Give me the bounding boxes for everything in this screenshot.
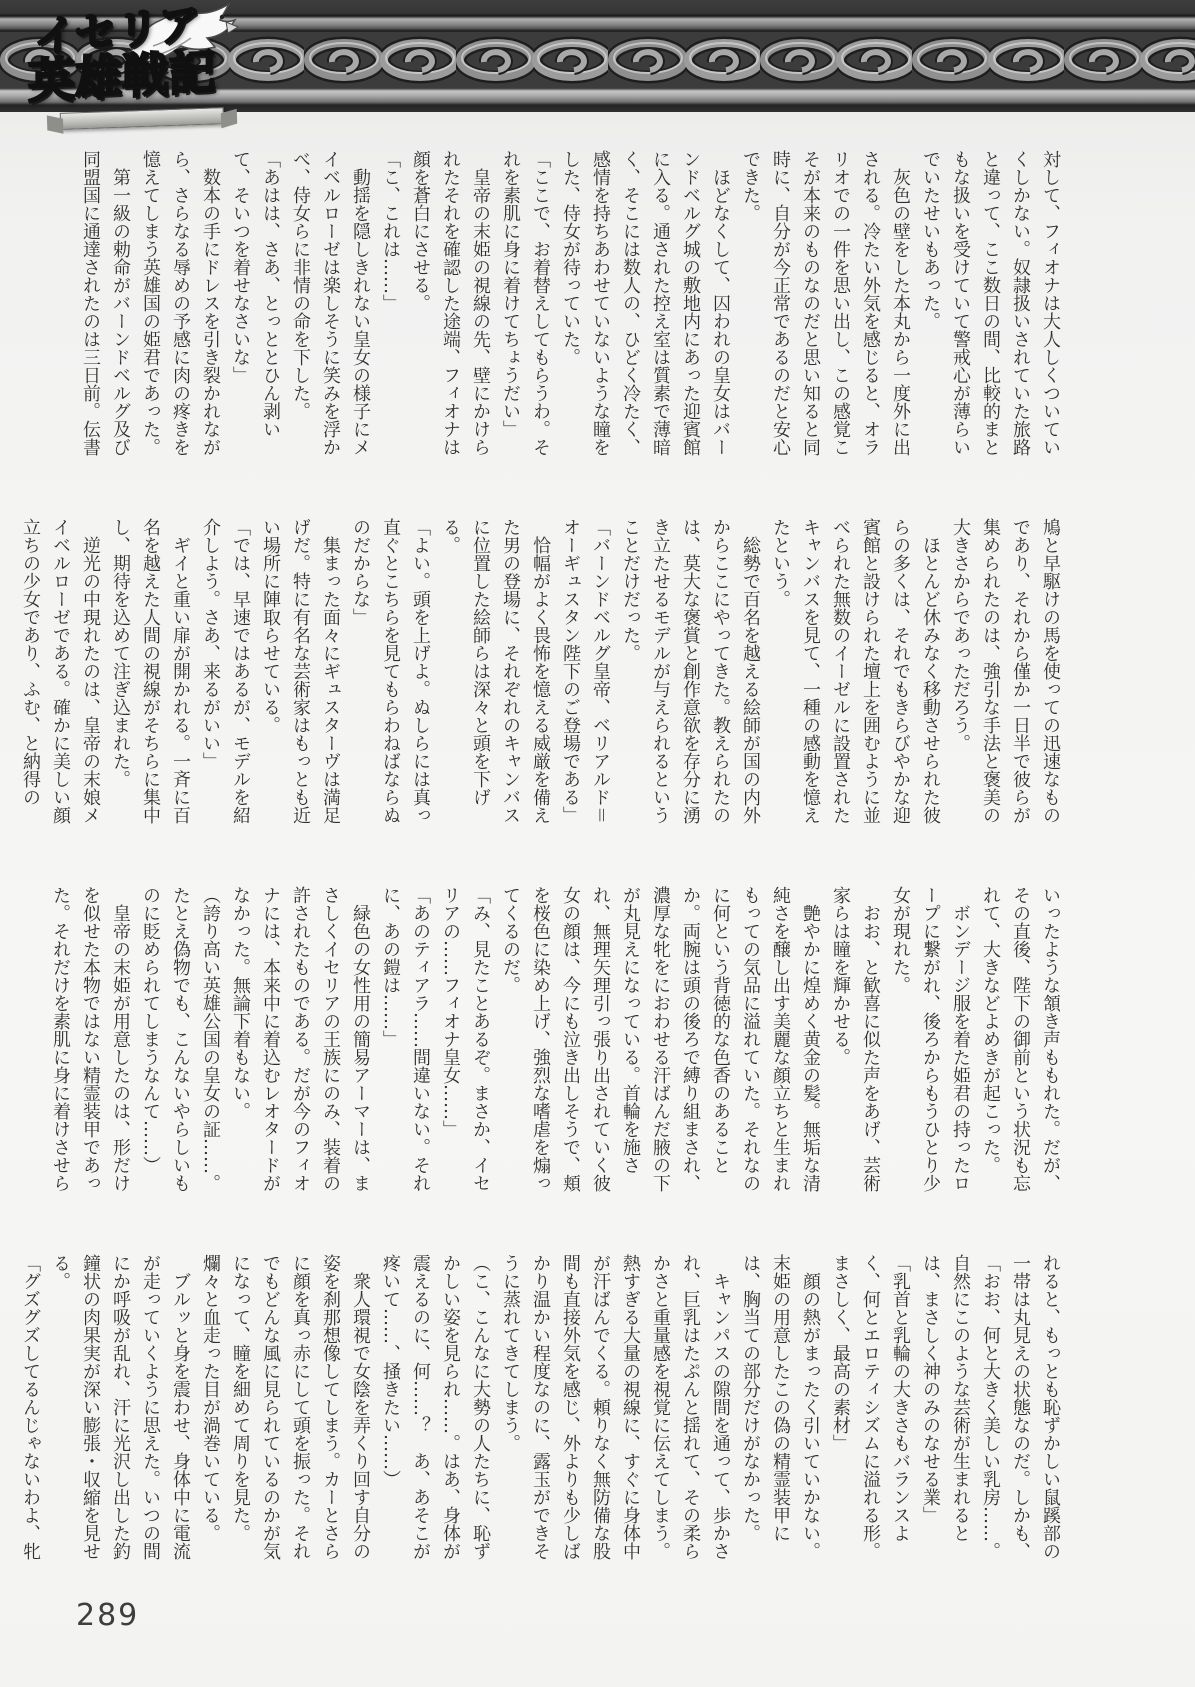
paragraph: 第一級の勅命がバーンドベルグ及び同盟国に通達されたのは三日前。伝書 bbox=[75, 150, 135, 458]
paragraph: 総勢で百名を越える絵師が国の内外からここにやってきた。教えられたのは、莫大な褒賞… bbox=[615, 518, 765, 826]
paragraph: 「こ、これは……」 bbox=[375, 150, 405, 458]
paragraph: 「グズグズしてるんじゃないわよ、牝 bbox=[15, 1254, 45, 1562]
paragraph: 「おお、何と大きく美しい乳房……。自然にこのような芸術が生まれるとは、まさしく神… bbox=[915, 1254, 1005, 1562]
paragraph: 灰色の壁をした本丸から一度外に出される。冷たい外気を感じると、オラリオでの一件を… bbox=[735, 150, 915, 458]
series-logo: イセリア 英雄戦記 bbox=[26, 2, 251, 134]
paragraph: ギイと重い扉が開かれる。一斉に百名を越えた人間の視線がそちらに集中し、期待を込め… bbox=[105, 518, 195, 826]
paragraph: 「あのティアラ……間違いない。それに、あの鎧は……」 bbox=[375, 886, 435, 1194]
paragraph: ほとんど休みなく移動させられた彼らの多くは、それでもきらびやかな迎賓館と設けられ… bbox=[765, 518, 945, 826]
paragraph: キャンパスの隙間を通って、歩かされ、巨乳はたぷんと揺れて、その柔らかさと重量感を… bbox=[495, 1254, 735, 1562]
page-number: 289 bbox=[76, 1598, 139, 1633]
paragraph: おお、と歓喜に似た声をあげ、芸術家らは瞳を輝かせる。 bbox=[825, 886, 885, 1194]
paragraph: 集まった面々にギュスターヴは満足げだ。特に有名な芸術家はもっとも近い場所に陣取ら… bbox=[255, 518, 345, 826]
paragraph: 恰幅がよく畏怖を憶える威厳を備えた男の登場に、それぞれのキャンバスに位置した絵師… bbox=[435, 518, 555, 826]
paragraph: ボンデージ服を着た姫君の持ったロープに繋がれ、後ろからもうひとり少女が現れた。 bbox=[885, 886, 975, 1194]
paragraph: 顔の熱がまったく引いていかない。末姫の用意したこの偽の精霊装甲には、胸当ての部分… bbox=[735, 1254, 825, 1562]
paragraph: （誇り高い英雄公国の皇女の証……。たとえ偽物でも、こんないやらしいものに貶められ… bbox=[135, 886, 225, 1194]
text-band-1: 対して、フィオナは大人しくついていくしかない。奴隷扱いされていた旅路と違って、こ… bbox=[55, 150, 1065, 458]
paragraph: 逆光の中現れたのは、皇帝の末娘メイベルローゼである。確かに美しい顔立ちの少女であ… bbox=[15, 518, 105, 826]
text-band-2: 鳩と早駆けの馬を使っての迅速なものであり、それから僅か一日半で彼らが集められたの… bbox=[55, 518, 1065, 826]
text-band-3: いったような頷き声ももれた。だが、その直後、陛下の御前という状況も忘れて、大きな… bbox=[55, 886, 1065, 1194]
paragraph: 「乳首と乳輪の大きさもバランスよく、何とエロティシズムに溢れる形。まさしく、最高… bbox=[825, 1254, 915, 1562]
paragraph: 「では、早速ではあるが、モデルを紹介しよう。さあ、来るがいい」 bbox=[195, 518, 255, 826]
paragraph: 鳩と早駆けの馬を使っての迅速なものであり、それから僅か一日半で彼らが集められたの… bbox=[945, 518, 1065, 826]
paragraph: ほどなくして、囚われの皇女はバーンドベルグ城の敷地内にあった迎賓館に入る。通され… bbox=[555, 150, 735, 458]
paragraph: 皇帝の末姫が用意したのは、形だけを似せた本物ではない精霊装甲であった。それだけを… bbox=[45, 886, 135, 1194]
paragraph: 緑色の女性用の簡易アーマーは、まさしくイセリアの王族にのみ、装着の許されたもので… bbox=[225, 886, 375, 1194]
paragraph: 「あはは、さあ、とっととひん剥いて、そいつを着せなさいな」 bbox=[225, 150, 285, 458]
paragraph: 衆人環視で女陰を弄くり回す自分の姿を刹那想像してしまう。カーとさらに顔を真っ赤に… bbox=[195, 1254, 375, 1562]
paragraph: 「バーンドベルグ皇帝、ベリアルド＝オーギュスタン陛下のご登場である」 bbox=[555, 518, 615, 826]
scanned-novel-page: イセリア 英雄戦記 対して、フィオナは大人しくついていくしかない。奴隷扱いされて… bbox=[0, 0, 1195, 1687]
logo-title-line2: 英雄戦記 bbox=[28, 49, 216, 106]
logo-ribbon-banner bbox=[60, 107, 224, 130]
paragraph: 皇帝の末姫の視線の先、壁にかけられたそれを確認した途端、フィオナは顔を蒼白にさせ… bbox=[405, 150, 495, 458]
paragraph: 数本の手にドレスを引き裂かれながら、さらなる辱めの予感に肉の疼きを憶えてしまう英… bbox=[135, 150, 225, 458]
paragraph: 対して、フィオナは大人しくついていくしかない。奴隷扱いされていた旅路と違って、こ… bbox=[915, 150, 1065, 458]
paragraph: （こ、こんなに大勢の人たちに、恥ずかしい姿を見られ……。はあ、身体が震えるのに、… bbox=[375, 1254, 495, 1562]
paragraph: 「み、見たことあるぞ。まさか、イセリアの……フィオナ皇女……」 bbox=[435, 886, 495, 1194]
paragraph: いったような頷き声ももれた。だが、その直後、陛下の御前という状況も忘れて、大きな… bbox=[975, 886, 1065, 1194]
paragraph: ブルッと身を震わせ、身体中に電流が走っていくように思えた。いつの間にか呼吸が乱れ… bbox=[45, 1254, 195, 1562]
paragraph: 動揺を隠しきれない皇女の様子にメイベルローゼは楽しそうに笑みを浮かべ、侍女らに非… bbox=[285, 150, 375, 458]
paragraph: れると、もっとも恥ずかしい鼠蹊部の一帯は丸見えの状態なのだ。しかも、 bbox=[1005, 1254, 1065, 1562]
paragraph: 「よい。頭を上げよ。ぬしらには真っ直ぐとこちらを見てもらわねばならぬのだからな」 bbox=[345, 518, 435, 826]
text-band-4: れると、もっとも恥ずかしい鼠蹊部の一帯は丸見えの状態なのだ。しかも、「おお、何と… bbox=[55, 1254, 1065, 1562]
paragraph: 艶やかに煌めく黄金の髪。無垢な清純さを醸し出す美麗な顔立ちと生まれもっての気品に… bbox=[495, 886, 825, 1194]
paragraph: 「ここで、お着替えしてもらうわ。それを素肌に身に着けてちょうだい」 bbox=[495, 150, 555, 458]
